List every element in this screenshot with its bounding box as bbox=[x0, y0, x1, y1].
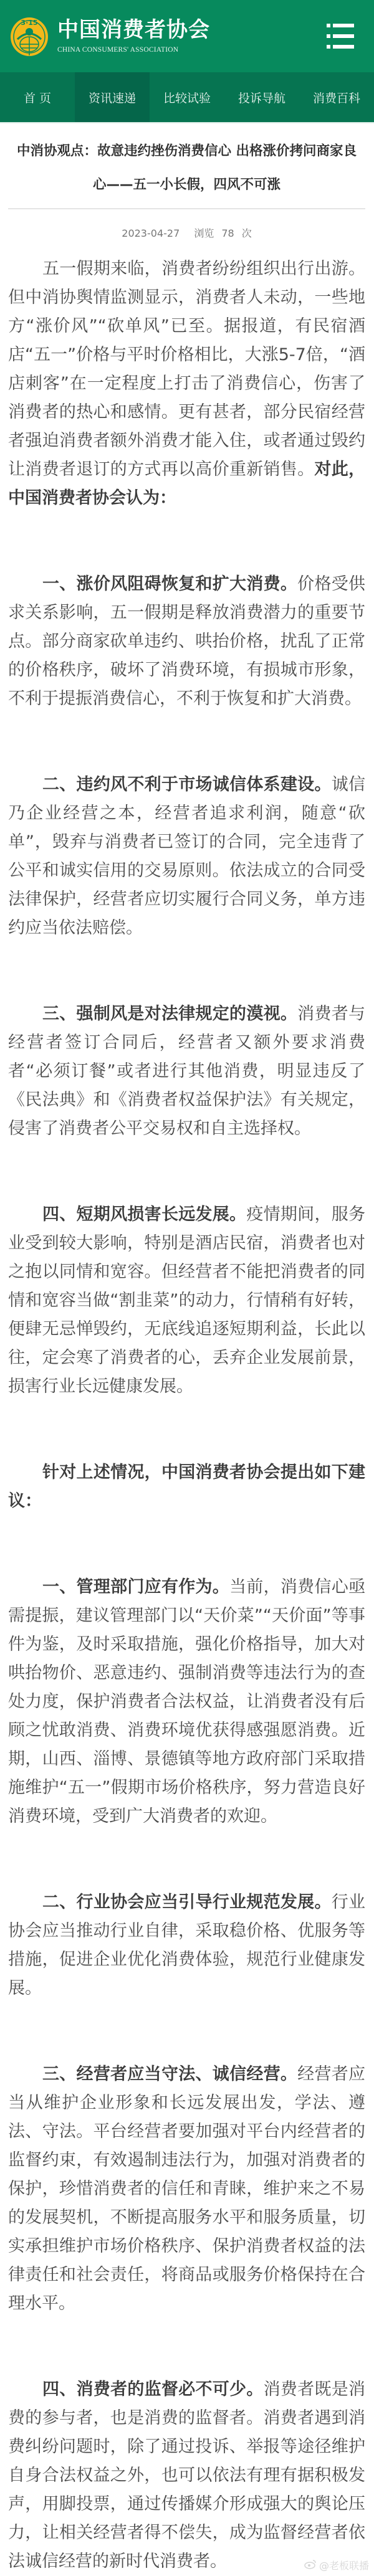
publish-date: 2023-04-27 bbox=[122, 227, 180, 239]
page: 3·15 中国消费者协会 CHINA CONSUMERS' ASSOCIATIO… bbox=[0, 0, 374, 2576]
watermark-text: @老板联播 bbox=[319, 2558, 369, 2572]
viewpoint-paragraph-3: 三、强制风是对法律规定的漠视。消费者与经营者签订合同后，经营者又额外要求消费者“… bbox=[8, 1000, 365, 1143]
suggestions-intro: 针对上述情况，中国消费者协会提出如下建议： bbox=[8, 1458, 365, 1516]
nav-item-comparison-tests[interactable]: 比较试验 bbox=[150, 72, 224, 122]
suggestion-paragraph-2: 二、行业协会应当引导行业规范发展。行业协会应当推动行业自律，采取稳价格、优服务等… bbox=[8, 1888, 365, 2003]
nav-item-news[interactable]: 资讯速递 bbox=[75, 72, 150, 122]
nav-item-home[interactable]: 首 页 bbox=[0, 72, 75, 122]
nav-item-complaint-guide[interactable]: 投诉导航 bbox=[224, 72, 299, 122]
suggestion-heading: 四、消费者的监督必不可少。 bbox=[42, 2380, 264, 2399]
hamburger-menu-icon[interactable] bbox=[327, 24, 357, 49]
suggestion-paragraph-3: 三、经营者应当守法、诚信经营。经营者应当从维护企业形象和长远发展出发，学法、遵法… bbox=[8, 2060, 365, 2318]
brand-name-en: CHINA CONSUMERS' ASSOCIATION bbox=[57, 45, 210, 55]
viewpoint-heading: 四、短期风损害长远发展。 bbox=[42, 1205, 246, 1224]
viewpoint-heading: 二、违约风不利于市场诚信体系建设。 bbox=[42, 775, 332, 794]
suggestion-heading: 一、管理部门应有作为。 bbox=[42, 1577, 229, 1597]
brand-name-cn: 中国消费者协会 bbox=[57, 17, 210, 42]
cca-logo-icon[interactable]: 3·15 bbox=[9, 14, 50, 58]
suggestion-heading: 三、经营者应当守法、诚信经营。 bbox=[42, 2065, 297, 2084]
suggestion-paragraph-4: 四、消费者的监督必不可少。消费者既是消费的参与者，也是消费的监督者。消费者遇到消… bbox=[8, 2375, 365, 2576]
weibo-icon bbox=[304, 2559, 317, 2572]
nav-item-consumer-encyclopedia[interactable]: 消费百科 bbox=[299, 72, 374, 122]
svg-text:3·15: 3·15 bbox=[21, 19, 37, 27]
viewpoint-paragraph-2: 二、违约风不利于市场诚信体系建设。诚信乃企业经营之本，经营者追求利润，随意“砍单… bbox=[8, 771, 365, 943]
article-meta: 2023-04-27 浏览78次 bbox=[8, 209, 365, 255]
viewpoint-paragraph-1: 一、涨价风阻碍恢复和扩大消费。价格受供求关系影响，五一假期是释放消费潜力的重要节… bbox=[8, 570, 365, 713]
main-nav: 首 页 资讯速递 比较试验 投诉导航 消费百科 bbox=[0, 72, 374, 123]
viewpoint-paragraph-4: 四、短期风损害长远发展。疫情期间，服务业受到较大影响，特别是酒店民宿，消费者也对… bbox=[8, 1200, 365, 1401]
viewpoint-heading: 三、强制风是对法律规定的漠视。 bbox=[42, 1004, 297, 1024]
article: 中消协观点：故意违约挫伤消费信心 出格涨价拷问商家良心——五一小长假，四风不可涨… bbox=[0, 123, 374, 2576]
views-count: 78 bbox=[221, 227, 234, 239]
suggestion-paragraph-1: 一、管理部门应有作为。当前，消费信心亟需提振，建议管理部门以“天价菜”“天价面”… bbox=[8, 1573, 365, 1831]
brand: 中国消费者协会 CHINA CONSUMERS' ASSOCIATION bbox=[57, 17, 210, 55]
views-label: 浏览 bbox=[194, 227, 214, 239]
article-title: 中消协观点：故意违约挫伤消费信心 出格涨价拷问商家良心——五一小长假，四风不可涨 bbox=[8, 123, 365, 208]
viewpoint-heading: 一、涨价风阻碍恢复和扩大消费。 bbox=[42, 574, 297, 594]
suggestion-heading: 二、行业协会应当引导行业规范发展。 bbox=[42, 1893, 332, 1912]
watermark: @老板联播 bbox=[304, 2558, 369, 2572]
intro-paragraph: 五一假期来临，消费者纷纷组织出行出游。但中消协舆情监测显示，消费者人未动，一些地… bbox=[8, 255, 365, 513]
site-header: 3·15 中国消费者协会 CHINA CONSUMERS' ASSOCIATIO… bbox=[0, 0, 374, 72]
views-unit: 次 bbox=[242, 227, 252, 239]
